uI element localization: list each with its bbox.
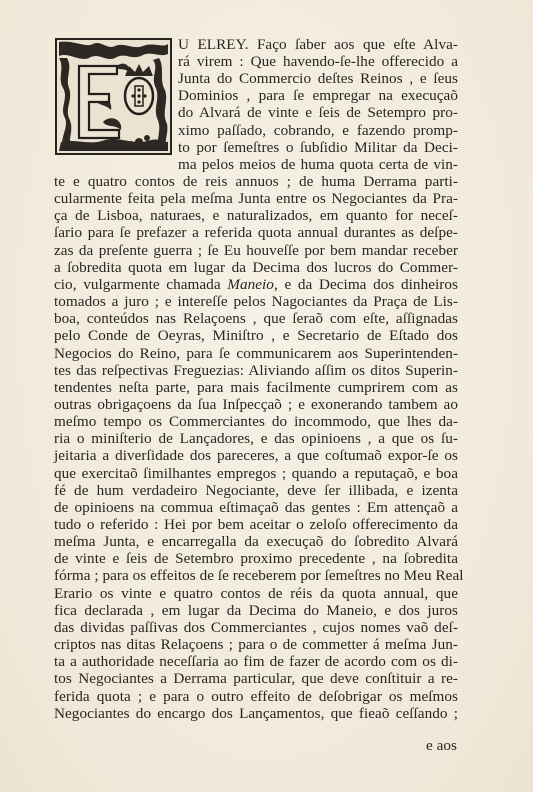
text-line: fé de hum verdadeiro Negociante, deve ſe… — [54, 482, 458, 499]
text-line: tos Negociantes a Derrama particular, qu… — [54, 670, 458, 687]
text-line: ſario para ſe prefazer a referida quota … — [54, 224, 458, 241]
text-line: outras obrigaçoens da ſua Inſpecçaõ ; e … — [54, 396, 458, 413]
text-line: fórma ; para os effeitos de ſe receberem… — [54, 567, 458, 584]
text-line: de vinte e ſeis de Setembro proximo prec… — [54, 550, 458, 567]
ornamental-initial-icon — [55, 38, 172, 155]
text-line: cularmente feita pela meſma Junta entre … — [54, 190, 458, 207]
italic-term: Maneio — [227, 276, 274, 293]
text-line: ça de Lisboa, naturaes, e naturalizados,… — [54, 207, 458, 224]
text-line: Erario os vinte e quatro contos de réis … — [54, 585, 458, 602]
text-line: Negociantes do encargo dos Lançamentos, … — [54, 705, 458, 722]
text-line: cio, vulgarmente chamada Maneio, e da De… — [54, 276, 458, 293]
document-page: U ELREY. Faço ſaber aos que eſte Alva-rá… — [0, 0, 533, 792]
text-line: tudo o referido : Hei por bem aceitar o … — [54, 516, 458, 533]
text-line: ria o miniſterio de Lançadores, e das op… — [54, 430, 458, 447]
text-line: de opinioens na commua eſtimaçaõ das gen… — [54, 499, 458, 516]
text-line: ximo paſſado, cobrando, e fazendo promp- — [178, 122, 458, 139]
text-line: do Alvará de vinte e ſeis de Setempro pr… — [178, 104, 458, 121]
text-line: Negocios do Reino, para ſe communicarem … — [54, 345, 458, 362]
text-line: to por ſemeſtres o ſubſidio Militar da D… — [178, 139, 458, 156]
text-line: pelo Conde de Oeyras, Miniſtro , e Secre… — [54, 327, 458, 344]
catchword: e aos — [400, 737, 457, 754]
text-line: ta a authoridade neceſſaria ao fim de fa… — [54, 653, 458, 670]
text-line: U ELREY. Faço ſaber aos que eſte Alva- — [178, 36, 458, 53]
text-line: te e quatro contos de reis annuos ; de h… — [54, 173, 458, 190]
text-line: boa, conteúdos nas Relaçoens , que ſeraõ… — [54, 310, 458, 327]
text-line: zas da preſente guerra ; ſe Eu houveſſe … — [54, 242, 458, 259]
text-line: criptos nas ditas Relaçoens ; para o de … — [54, 636, 458, 653]
text-line: que exercitaõ ſimilhantes empregos ; qua… — [54, 465, 458, 482]
text-line: das dividas paſſivas dos Commerciantes ,… — [54, 619, 458, 636]
decorative-initial-e — [55, 38, 172, 155]
text-line: rá virem : Que havendo-ſe-lhe offerecido… — [178, 53, 458, 70]
text-line: tes das reſpectivas Freguezias: Aliviand… — [54, 362, 458, 379]
text-line: meſmo tempo os Commerciantes do incommod… — [54, 413, 458, 430]
text-line: a ſobredita quota em lugar da Decima dos… — [54, 259, 458, 276]
text-line: tendentes neſta parte, para mais facilme… — [54, 379, 458, 396]
text-line: ferida quota ; e para o outro effeito de… — [54, 688, 458, 705]
text-line: jeitaria a diverſidade dos pareceres, a … — [54, 447, 458, 464]
text-line: tomados a juro ; e intereſſe pelos Nagoc… — [54, 293, 458, 310]
text-line: Junta do Commercio deſtes Reinos , e ſeu… — [178, 70, 458, 87]
text-line: ma pelos meios de huma quota certa de vi… — [178, 156, 458, 173]
text-line: meſma Junta, e encarregalla da execuçaõ … — [54, 533, 458, 550]
text-line: Dominios , para ſe empregar na execuçaõ — [178, 87, 458, 104]
text-line: fica declarada , em lugar da Decima do M… — [54, 602, 458, 619]
